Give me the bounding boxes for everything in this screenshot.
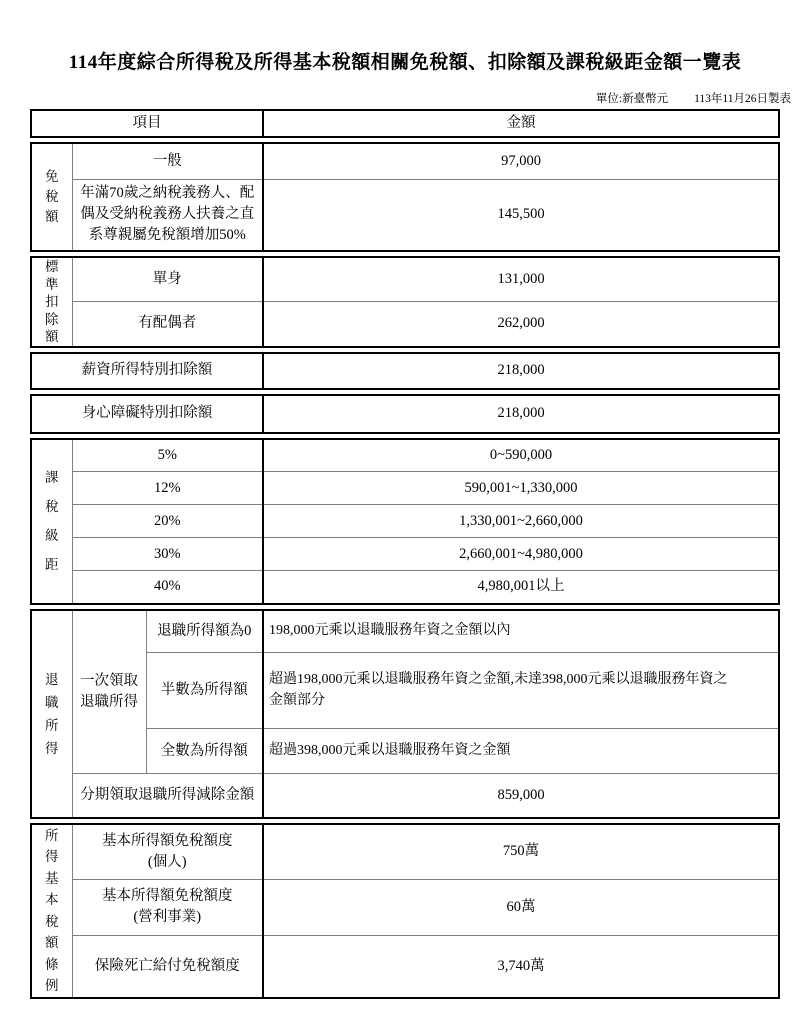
group-label-exemption: 免稅額 bbox=[31, 143, 72, 251]
item-label: 保險死亡給付免稅額度 bbox=[72, 935, 263, 997]
item-label: 半數為所得額 bbox=[146, 653, 263, 729]
amount-description: 超過198,000元乘以退職服務年資之金額,未達398,000元乘以退職服務年資… bbox=[263, 653, 779, 729]
table-row: 有配偶者 262,000 bbox=[31, 302, 779, 347]
table-row: 身心障礙特別扣除額 218,000 bbox=[31, 395, 779, 433]
bracket-range: 2,660,001~4,980,000 bbox=[263, 538, 779, 571]
table-row: 保險死亡給付免稅額度 3,740萬 bbox=[31, 935, 779, 997]
item-label: 分期領取退職所得減除金額 bbox=[72, 774, 263, 818]
table-row: 所得基本稅額條例 基本所得額免稅額度 (個人) 750萬 bbox=[31, 824, 779, 880]
group-label-text: 免稅額 bbox=[44, 167, 59, 227]
amount-description: 超過398,000元乘以退職服務年資之金額 bbox=[263, 729, 779, 774]
bracket-range: 590,001~1,330,000 bbox=[263, 472, 779, 505]
amount-value: 262,000 bbox=[263, 302, 779, 347]
item-label: 薪資所得特別扣除額 bbox=[31, 353, 263, 389]
amount-value: 131,000 bbox=[263, 257, 779, 302]
group-label-text: 所得基本稅額條例 bbox=[44, 825, 59, 997]
table-row: 分期領取退職所得減除金額 859,000 bbox=[31, 774, 779, 818]
bracket-range: 0~590,000 bbox=[263, 439, 779, 472]
amount-value: 145,500 bbox=[263, 179, 779, 251]
bracket-range: 1,330,001~2,660,000 bbox=[263, 505, 779, 538]
unit-note: 單位:新臺幣元 bbox=[596, 90, 668, 106]
table-row: 30% 2,660,001~4,980,000 bbox=[31, 538, 779, 571]
amount-value: 218,000 bbox=[263, 353, 779, 389]
group-label-retirement-income: 退職所得 bbox=[31, 610, 72, 818]
section-salary-deduction: 薪資所得特別扣除額 218,000 bbox=[30, 352, 780, 390]
item-label: 有配偶者 bbox=[72, 302, 263, 347]
bracket-rate: 40% bbox=[72, 571, 263, 604]
bracket-range: 4,980,001以上 bbox=[263, 571, 779, 604]
table-row: 20% 1,330,001~2,660,000 bbox=[31, 505, 779, 538]
item-label: 一般 bbox=[72, 143, 263, 179]
date-note: 113年11月26日製表 bbox=[694, 90, 791, 106]
group-label-basic-tax: 所得基本稅額條例 bbox=[31, 824, 72, 998]
table-row: 標準扣除額 單身 131,000 bbox=[31, 257, 779, 302]
section-standard-deduction: 標準扣除額 單身 131,000 有配偶者 262,000 bbox=[30, 256, 780, 348]
section-retirement-income: 退職所得 一次領取 退職所得 退職所得額為0 198,000元乘以退職服務年資之… bbox=[30, 609, 780, 819]
table-header-section: 項目 金額 bbox=[30, 109, 780, 138]
group-label-text: 退職所得 bbox=[44, 668, 59, 760]
table-row: 免稅額 一般 97,000 bbox=[31, 143, 779, 179]
table-row: 退職所得 一次領取 退職所得 退職所得額為0 198,000元乘以退職服務年資之… bbox=[31, 610, 779, 653]
table-row: 年滿70歲之納稅義務人、配 偶及受納稅義務人扶養之直 系尊親屬免稅額增加50% … bbox=[31, 179, 779, 251]
section-disability-deduction: 身心障礙特別扣除額 218,000 bbox=[30, 394, 780, 434]
group-label-text: 課稅級距 bbox=[44, 463, 59, 579]
group-label-standard-deduction: 標準扣除額 bbox=[31, 257, 72, 347]
group-label-tax-brackets: 課稅級距 bbox=[31, 439, 72, 604]
header-row: 項目 金額 bbox=[31, 110, 779, 137]
table-row: 薪資所得特別扣除額 218,000 bbox=[31, 353, 779, 389]
amount-description: 198,000元乘以退職服務年資之金額以內 bbox=[263, 610, 779, 653]
item-label: 全數為所得額 bbox=[146, 729, 263, 774]
table-row: 基本所得額免稅額度 (營利事業) 60萬 bbox=[31, 880, 779, 935]
section-exemption: 免稅額 一般 97,000 年滿70歲之納稅義務人、配 偶及受納稅義務人扶養之直… bbox=[30, 142, 780, 252]
subgroup-label-lump-sum: 一次領取 退職所得 bbox=[72, 610, 146, 774]
group-label-text: 標準扣除額 bbox=[44, 258, 59, 346]
amount-value: 750萬 bbox=[263, 824, 779, 880]
table-row: 課稅級距 5% 0~590,000 bbox=[31, 439, 779, 472]
col-header-amount: 金額 bbox=[263, 110, 779, 137]
bracket-rate: 30% bbox=[72, 538, 263, 571]
document-page: 114年度綜合所得稅及所得基本稅額相關免稅額、扣除額及課稅級距金額一覽表 單位:… bbox=[0, 0, 810, 1024]
amount-value: 60萬 bbox=[263, 880, 779, 935]
table-row: 40% 4,980,001以上 bbox=[31, 571, 779, 604]
amount-value: 3,740萬 bbox=[263, 935, 779, 997]
amount-value: 97,000 bbox=[263, 143, 779, 179]
bracket-rate: 5% bbox=[72, 439, 263, 472]
item-label: 單身 bbox=[72, 257, 263, 302]
section-basic-tax: 所得基本稅額條例 基本所得額免稅額度 (個人) 750萬 基本所得額免稅額度 (… bbox=[30, 823, 780, 999]
notes-row: 單位:新臺幣元 113年11月26日製表 bbox=[19, 90, 791, 106]
item-label: 年滿70歲之納稅義務人、配 偶及受納稅義務人扶養之直 系尊親屬免稅額增加50% bbox=[72, 179, 263, 251]
col-header-item: 項目 bbox=[31, 110, 263, 137]
bracket-rate: 12% bbox=[72, 472, 263, 505]
section-tax-brackets: 課稅級距 5% 0~590,000 12% 590,001~1,330,000 … bbox=[30, 438, 780, 605]
item-label: 退職所得額為0 bbox=[146, 610, 263, 653]
amount-value: 218,000 bbox=[263, 395, 779, 433]
bracket-rate: 20% bbox=[72, 505, 263, 538]
table-row: 12% 590,001~1,330,000 bbox=[31, 472, 779, 505]
amount-value: 859,000 bbox=[263, 774, 779, 818]
page-title: 114年度綜合所得稅及所得基本稅額相關免稅額、扣除額及課稅級距金額一覽表 bbox=[0, 0, 810, 74]
item-label: 基本所得額免稅額度 (營利事業) bbox=[72, 880, 263, 935]
item-label: 基本所得額免稅額度 (個人) bbox=[72, 824, 263, 880]
item-label: 身心障礙特別扣除額 bbox=[31, 395, 263, 433]
